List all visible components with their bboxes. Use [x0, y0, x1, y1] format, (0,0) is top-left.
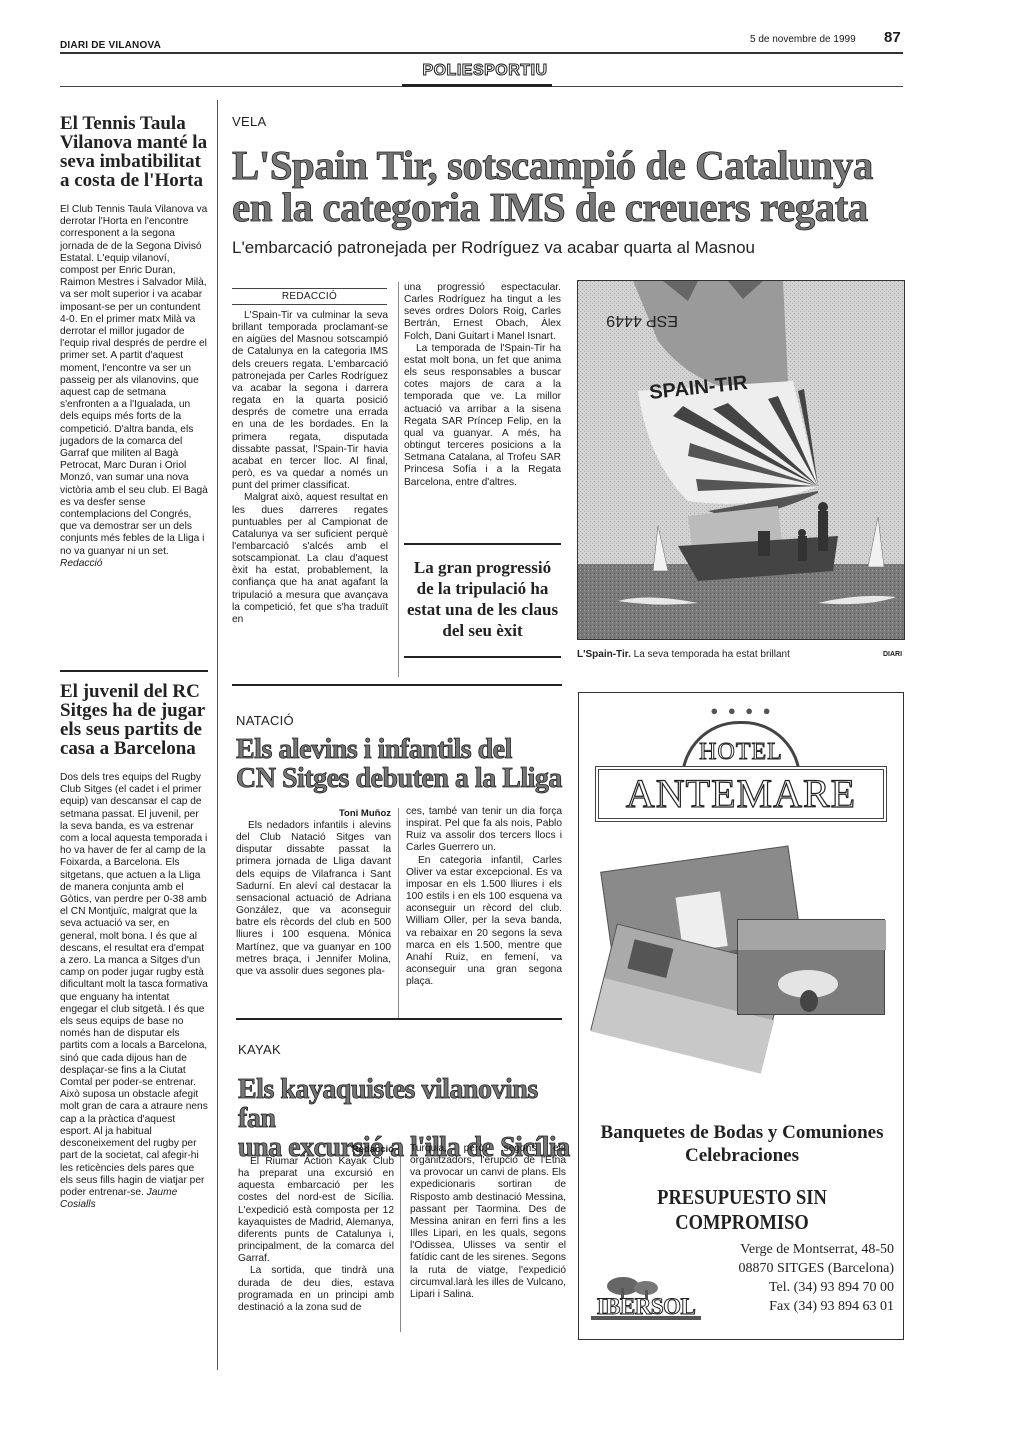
kayak-column-2: Turquia, però, segons els organitzadors,… — [410, 1143, 566, 1301]
headline-line: Els kayaquistes vilanovins fan — [238, 1075, 578, 1133]
brief-body: El Club Tennis Taula Vilanova va derrota… — [60, 204, 208, 570]
article-separator — [236, 1018, 562, 1020]
hotel-word: HOTEL — [681, 739, 801, 766]
article-separator — [232, 684, 562, 686]
paragraph: Malgrat això, aquest resultat en les due… — [232, 492, 388, 626]
ad-contact: Verge de Montserrat, 48-50 08870 SITGES … — [699, 1240, 894, 1316]
paragraph: una progressió espectacular. Carles Rodr… — [404, 282, 561, 343]
ibersol-logo: IBERSOL — [591, 1270, 701, 1322]
column-divider — [217, 100, 218, 1370]
pull-quote-rule — [404, 656, 561, 658]
paragraph: En categoria infantil, Carles Oliver va … — [406, 855, 562, 989]
spinnaker-sail-icon: ESP 4449 SPAIN-TIR — [578, 281, 905, 640]
natacio-column-2: ces, també van tenir un dia força inspir… — [406, 806, 562, 988]
natacio-column-1: Els nedadors infantils i alevins del Clu… — [236, 820, 391, 978]
caption-text: La seva temporada ha estat brillant — [631, 649, 790, 660]
headline-line: Els alevins i infantils del — [236, 735, 566, 764]
ad-fax: Fax (34) 93 894 63 01 — [699, 1297, 894, 1316]
byline-rule — [232, 288, 387, 289]
sailboat-photo: ESP 4449 SPAIN-TIR — [577, 280, 905, 640]
headline-line: L'Spain Tir, sotscampió de Catalunya — [232, 144, 912, 186]
hotel-name: ANTEMARE — [595, 771, 887, 817]
column-divider — [400, 1142, 401, 1332]
brief-headline: El juvenil del RC Sitges ha de jugar els… — [60, 682, 208, 758]
paragraph: El Riumar Action Kayak Club ha preparat … — [238, 1156, 394, 1265]
paragraph: La sortida, que tindrà una durada de deu… — [238, 1265, 394, 1314]
byline-rule — [232, 304, 387, 305]
paragraph: ces, també van tenir un dia força inspir… — [406, 806, 562, 855]
column-divider — [398, 282, 399, 677]
newspaper-name: DIARI DE VILANOVA — [60, 40, 161, 51]
brief-text: Dos dels tres equips del Rugby Club Sitg… — [60, 772, 208, 1198]
pull-quote-rule — [404, 543, 561, 545]
ad-address-city: 08870 SITGES (Barcelona) — [699, 1259, 894, 1278]
section-title: POLIESPORTIU — [400, 62, 570, 80]
star-rating-icon: ● ● ● ● — [579, 703, 905, 718]
kayak-column-1: El Riumar Action Kayak Club ha preparat … — [238, 1156, 394, 1314]
brief-separator — [60, 670, 208, 672]
issue-date: 5 de novembre de 1999 — [750, 34, 856, 45]
category-label-kayak: KAYAK — [238, 1042, 281, 1057]
brief-body: Dos dels tres equips del Rugby Club Sitg… — [60, 772, 208, 1211]
article-subtitle: L'embarcació patronejada per Rodríguez v… — [232, 238, 912, 258]
ad-line-banquets: Banquetes de Bodas y Comuniones — [579, 1121, 905, 1144]
photo-credit: DIARI — [883, 651, 902, 658]
main-headline: L'Spain Tir, sotscampió de Catalunya en … — [232, 144, 912, 228]
byline: Toni Muñoz — [236, 808, 391, 819]
ad-line-celebrations: Celebraciones — [579, 1144, 905, 1167]
header-rule — [60, 52, 903, 54]
hotel-banquet-photo — [737, 919, 885, 1015]
brief-headline: El Tennis Taula Vilanova manté la seva i… — [60, 114, 208, 190]
paragraph: Turquia, però, segons els organitzadors,… — [410, 1143, 566, 1301]
brief-rc-sitges: El juvenil del RC Sitges ha de jugar els… — [60, 682, 208, 1211]
natacio-headline: Els alevins i infantils del CN Sitges de… — [236, 735, 566, 793]
ad-address-street: Verge de Montserrat, 48-50 — [699, 1240, 894, 1259]
paragraph: Els nedadors infantils i alevins del Clu… — [236, 820, 391, 978]
ad-phone: Tel. (34) 93 894 70 00 — [699, 1278, 894, 1297]
caption-lead: L'Spain-Tir. — [577, 649, 631, 660]
byline: Redacció — [238, 1144, 394, 1155]
headline-line: en la categoria IMS de creuers regata — [232, 186, 912, 228]
column-divider — [398, 808, 399, 1018]
page-number: 87 — [884, 29, 901, 46]
byline: REDACCIÓ — [232, 291, 387, 302]
category-label-vela: VELA — [232, 114, 266, 129]
paragraph: La temporada de l'Spain-Tir ha estat mol… — [404, 343, 561, 489]
brief-signature: Redacció — [60, 558, 102, 569]
pull-quote: La gran progressió de la tripulació ha e… — [404, 557, 561, 641]
section-rule-accent — [402, 84, 552, 87]
ibersol-wordmark: IBERSOL — [591, 1294, 701, 1320]
category-label-natacio: NATACIÓ — [236, 713, 294, 728]
ad-line-quote: PRESUPUESTO SIN COMPROMISO — [599, 1185, 886, 1235]
hotel-antemare-ad: ● ● ● ● HOTEL ANTEMARE Banquetes de Boda… — [578, 692, 904, 1340]
brief-tennis-taula: El Tennis Taula Vilanova manté la seva i… — [60, 114, 208, 570]
paragraph: L'Spain-Tir va culminar la seva brillant… — [232, 310, 388, 492]
svg-text:ESP 4449: ESP 4449 — [606, 312, 678, 329]
vela-column-1: L'Spain-Tir va culminar la seva brillant… — [232, 310, 388, 626]
headline-line: CN Sitges debuten a la Lliga — [236, 764, 566, 793]
brief-text: El Club Tennis Taula Vilanova va derrota… — [60, 204, 208, 557]
photo-caption: L'Spain-Tir. La seva temporada ha estat … — [577, 649, 877, 660]
vela-column-2: una progressió espectacular. Carles Rodr… — [404, 282, 561, 489]
